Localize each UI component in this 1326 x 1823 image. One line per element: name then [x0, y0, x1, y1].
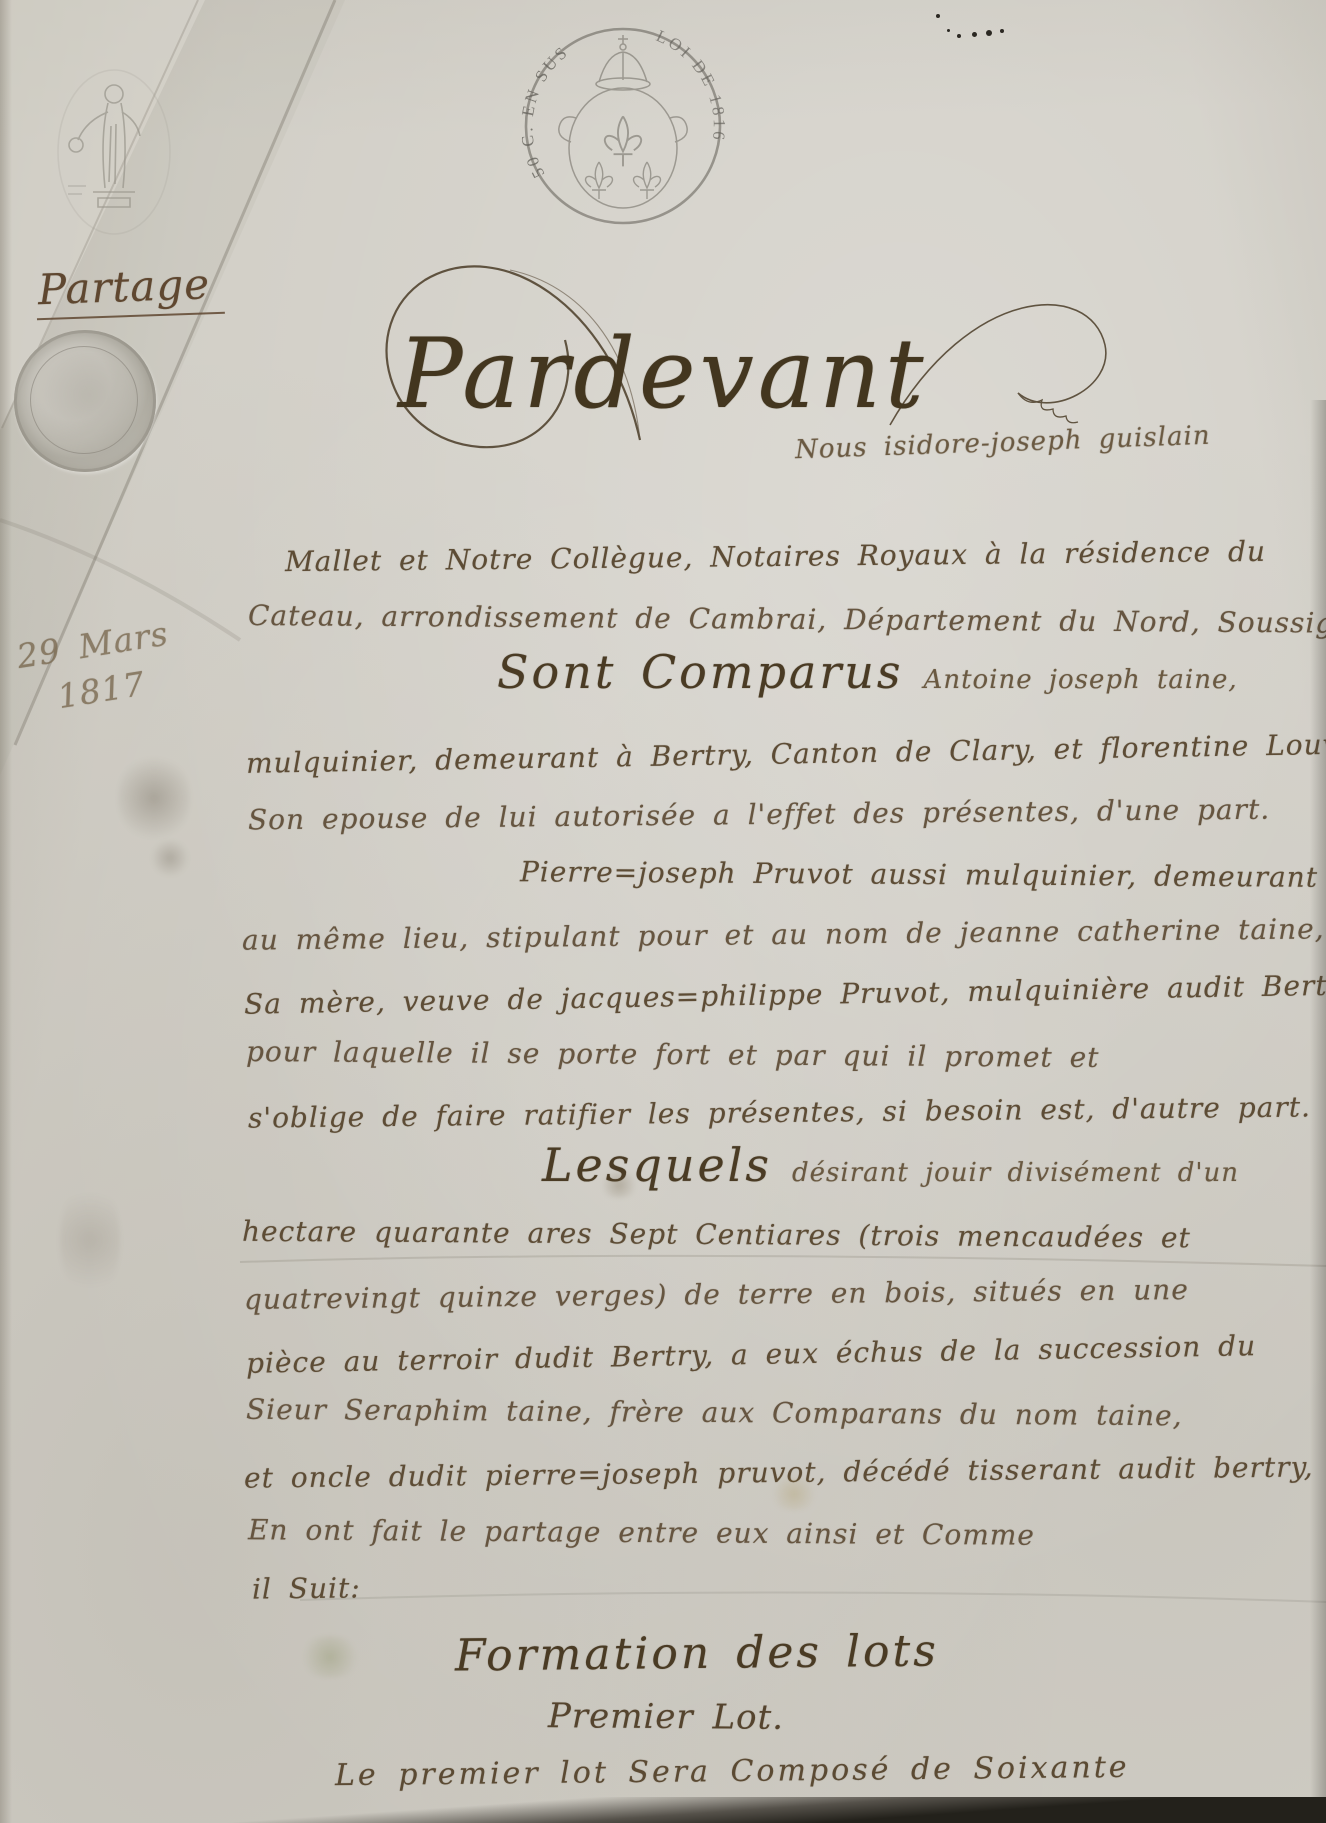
- heading-pardevant: Pardevant: [398, 318, 928, 430]
- section-heading-formation: Formation des lots: [455, 1625, 939, 1681]
- section-lesquels: Lesquels désirant jouir divisément d'un: [542, 1138, 1239, 1192]
- manuscript-page: 50 C. EN SUS LOI DE 1816 Partage 29 Mars…: [0, 0, 1326, 1823]
- ink-stain: [150, 840, 190, 876]
- section-heading-premier-lot: Premier Lot.: [548, 1696, 784, 1738]
- stain: [598, 1172, 640, 1198]
- page-left-edge: [0, 0, 12, 1823]
- manuscript-line: Pierre=joseph Pruvot aussi mulquinier, d…: [520, 855, 1318, 894]
- blind-stamp-figure-icon: [48, 66, 180, 238]
- section-heading-lesquels: Lesquels: [542, 1138, 772, 1192]
- manuscript-line: Sieur Seraphim taine, frère aux Comparan…: [246, 1393, 1183, 1433]
- manuscript-line: pour laquelle il se porte fort et par qu…: [246, 1035, 1100, 1074]
- svg-text:LOI DE 1816: LOI DE 1816: [653, 26, 729, 144]
- svg-text:50 C. EN SUS: 50 C. EN SUS: [517, 41, 572, 181]
- stain: [60, 1180, 120, 1300]
- embossed-seal-icon: [14, 330, 156, 472]
- scan-bottom-edge: [0, 1797, 1326, 1823]
- ink-stain: [118, 752, 190, 844]
- stain: [768, 1478, 820, 1510]
- revenue-stamp-icon: 50 C. EN SUS LOI DE 1816: [505, 22, 741, 236]
- section-sont-comparus: Sont Comparus Antoine joseph taine,: [497, 645, 1238, 699]
- manuscript-line: En ont fait le partage entre eux ainsi e…: [248, 1513, 1035, 1551]
- section-inline-continuation: Antoine joseph taine,: [924, 665, 1238, 695]
- manuscript-line: hectare quarante ares Sept Centiares (tr…: [242, 1215, 1191, 1255]
- section-heading-sont-comparus: Sont Comparus: [497, 645, 904, 699]
- manuscript-line: il Suit:: [252, 1571, 361, 1605]
- page-right-edge-shadow: [1310, 400, 1326, 1823]
- stain: [298, 1636, 362, 1678]
- margin-label-partage: Partage: [35, 259, 225, 321]
- section-inline-continuation: désirant jouir divisément d'un: [792, 1158, 1239, 1188]
